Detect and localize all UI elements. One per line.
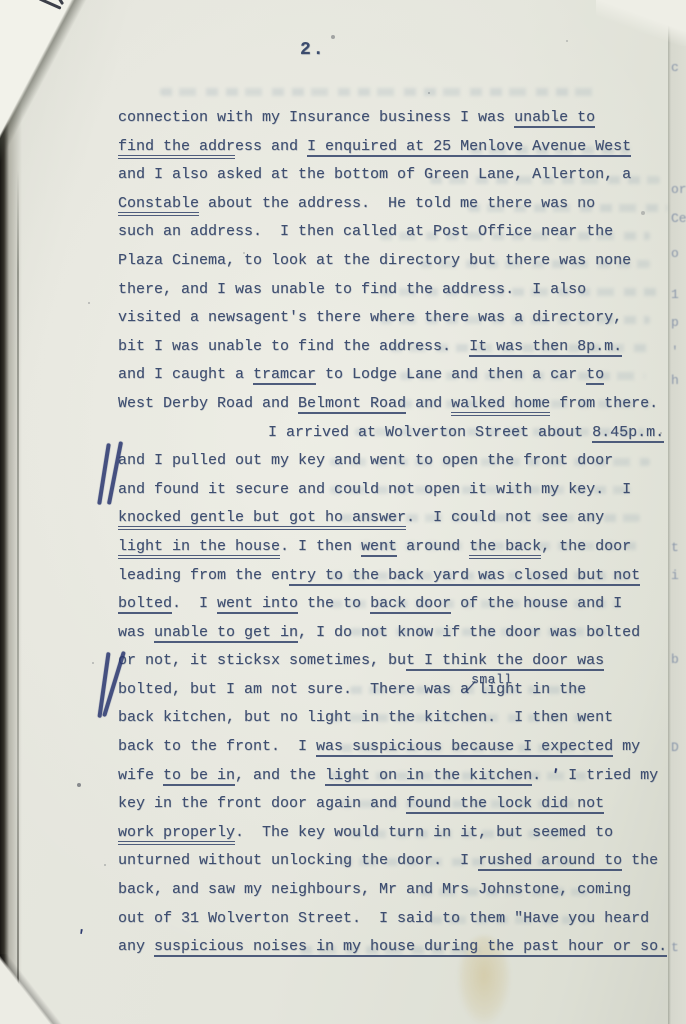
text-line: connection with my Insurance business I … xyxy=(118,104,684,133)
text-line: bolted, but I am not sure. There was a/s… xyxy=(118,676,684,705)
text-line: any suspicious noises in my house during… xyxy=(118,933,684,962)
typed-text: and I caught a xyxy=(118,366,253,383)
typed-text: and I also asked at the bottom of Green … xyxy=(118,166,631,183)
edge-text-fragment: t xyxy=(671,940,679,955)
text-line: back, and saw my neighbours, Mr and Mrs … xyxy=(118,876,684,905)
staple-icon xyxy=(36,0,66,18)
left-crease-line xyxy=(17,170,19,1024)
text-line: and I caught a tramcar to Lodge Lane and… xyxy=(118,361,684,390)
text-line: Plaza Cinema, to look at the directory b… xyxy=(118,247,684,276)
underlined-text: walked home xyxy=(451,395,550,416)
text-line: visited a newsagent's there where there … xyxy=(118,304,684,333)
typed-text: leading from the en xyxy=(118,567,289,584)
typed-text: I arrived at Wolverton Street about xyxy=(268,424,592,441)
underlined-text: back door xyxy=(370,595,451,614)
typed-text: the xyxy=(622,852,658,869)
typed-text: Plaza Cinema, to look at the directory b… xyxy=(118,252,631,269)
typed-text: and I pulled out my key and went to open… xyxy=(118,452,613,469)
typed-text: to Lodge Lane and then a car xyxy=(316,366,586,383)
ghost-text-strip xyxy=(160,88,600,96)
edge-text-fragment: ' xyxy=(671,344,679,359)
typed-text: , and the xyxy=(235,767,325,784)
typed-text: unturned without unlocking the door. I xyxy=(118,852,478,869)
typed-text: wife xyxy=(118,767,163,784)
underlined-text: 8.45p.m. xyxy=(592,424,664,443)
underlined-text: the back xyxy=(469,538,541,559)
typed-text: from there. xyxy=(550,395,658,412)
typed-text: around xyxy=(397,538,469,555)
underlined-text: rushed around to xyxy=(478,852,622,871)
underlined-text: went xyxy=(361,538,397,557)
underlined-text: knocked gentle but got ho answer xyxy=(118,509,406,530)
underlined-text: to xyxy=(586,366,604,385)
text-line: wife to be in, and the light on in the k… xyxy=(118,762,684,791)
edge-text-fragment: p xyxy=(671,315,679,330)
typed-text: , I do not know if the door was bolted xyxy=(298,624,640,641)
underlined-text: unable to xyxy=(514,109,595,128)
typed-text: I tried my xyxy=(559,767,658,784)
typed-text: . I xyxy=(172,595,217,612)
underlined-text: to be in xyxy=(163,767,235,786)
page-number: 2. xyxy=(300,40,326,60)
typed-text: about the address. He told me there was … xyxy=(199,195,595,212)
underlined-text: It was then 8p.m. xyxy=(469,338,622,357)
typed-text: back to the front. I xyxy=(118,738,316,755)
edge-text-fragment: Ce xyxy=(671,211,686,226)
typed-text: such an address. I then called at Post O… xyxy=(118,223,613,240)
underlined-text: work properly xyxy=(118,824,235,845)
underlined-text: Belmont Road xyxy=(298,395,406,414)
typed-text: back, and saw my neighbours, Mr and Mrs … xyxy=(118,881,631,898)
underlined-text: find the addr xyxy=(118,138,235,159)
typed-text: . I could not see any xyxy=(406,509,604,526)
top-right-page-edge xyxy=(596,0,686,46)
statement-text-block: connection with my Insurance business I … xyxy=(118,104,684,962)
text-line: and I pulled out my key and went to open… xyxy=(118,447,684,476)
edge-text-fragment: i xyxy=(671,568,679,583)
edge-text-fragment: o xyxy=(671,246,679,261)
typed-text: or not, it sticksx sometimes, bu xyxy=(118,652,406,669)
text-line: back to the front. I was suspicious beca… xyxy=(118,733,684,762)
underlined-text: I enquired at 25 Menlove Avenue West xyxy=(307,138,631,157)
scanned-document-page: 2. connection with my Insurance business… xyxy=(0,0,686,1024)
text-line: and found it secure and could not open i… xyxy=(118,476,684,505)
text-line: bit I was unable to find the address. It… xyxy=(118,333,684,362)
typed-text: of the house and I xyxy=(451,595,622,612)
edge-text-fragment: or xyxy=(671,182,686,197)
text-line: key in the front door again and found th… xyxy=(118,790,684,819)
typed-text: any xyxy=(118,938,154,955)
typed-text: ess and xyxy=(235,138,307,155)
text-line: out of 31 Wolverton Street. I said to th… xyxy=(118,905,684,934)
underlined-text: unable to get in xyxy=(154,624,298,643)
underlined-text: tramcar xyxy=(253,366,316,385)
text-line: light in the house. I then went around t… xyxy=(118,533,684,562)
margin-double-stroke-mark xyxy=(98,441,132,511)
typed-text: . I then xyxy=(280,538,361,555)
edge-text-fragment: h xyxy=(671,373,679,388)
underlined-text: try to the back yard was closed but not xyxy=(289,567,640,586)
underlined-text: found the lock did not xyxy=(406,795,604,814)
margin-double-stroke-mark xyxy=(96,650,130,720)
typed-text: , the door xyxy=(541,538,631,555)
margin-pen-tick: ' xyxy=(75,927,87,945)
underlined-text: bolted xyxy=(118,595,172,614)
typed-text: and xyxy=(406,395,451,412)
underlined-text: light on in the kitchen xyxy=(325,767,532,786)
typed-text: out of 31 Wolverton Street. I said to th… xyxy=(118,910,649,927)
typed-text: bit I was unable to find the address. xyxy=(118,338,469,355)
typed-text: and found it secure and could not open i… xyxy=(118,481,631,498)
underlined-text: was suspicious because I expected xyxy=(316,738,613,757)
text-line: or not, it sticksx sometimes, but I thin… xyxy=(118,647,684,676)
edge-text-fragment: c xyxy=(671,60,679,75)
underlined-text: Constable xyxy=(118,195,199,216)
typed-text: visited a newsagent's there where there … xyxy=(118,309,622,326)
bottom-left-page-edge xyxy=(0,954,70,1024)
text-line: such an address. I then called at Post O… xyxy=(118,218,684,247)
text-line: find the address and I enquired at 25 Me… xyxy=(118,133,684,162)
typed-text: there, and I was unable to find the addr… xyxy=(118,281,586,298)
underlined-text: went into xyxy=(217,595,298,614)
typed-text: the to xyxy=(298,595,370,612)
text-line: work properly. The key would turn in it,… xyxy=(118,819,684,848)
underlined-text: suspicious noises in my house during the… xyxy=(154,938,667,957)
text-line: Constable about the address. He told me … xyxy=(118,190,684,219)
typed-text: . xyxy=(532,767,550,784)
page-fold-shadow xyxy=(0,0,132,246)
typed-text: bolted, but I am not sure. There was a xyxy=(118,681,469,698)
text-line: there, and I was unable to find the addr… xyxy=(118,276,684,305)
typed-text: . The key would turn in it, but seemed t… xyxy=(235,824,613,841)
text-line: bolted. I went into the to back door of … xyxy=(118,590,684,619)
text-line: unturned without unlocking the door. I r… xyxy=(118,847,684,876)
text-line: leading from the entry to the back yard … xyxy=(118,562,684,591)
underlined-text: light in the house xyxy=(118,538,280,559)
typed-text: connection with my Insurance business I … xyxy=(118,109,514,126)
edge-text-fragment: D xyxy=(671,740,679,755)
edge-text-fragment: b xyxy=(671,652,679,667)
typed-text: back kitchen, but no light in the kitche… xyxy=(118,709,613,726)
edge-text-fragment: 1 xyxy=(671,287,679,302)
text-line: back kitchen, but no light in the kitche… xyxy=(118,704,684,733)
typed-text: West Derby Road and xyxy=(118,395,298,412)
typed-text: my xyxy=(613,738,640,755)
text-line: I arrived at Wolverton Street about 8.45… xyxy=(118,419,684,448)
inserted-word: small xyxy=(471,666,513,695)
edge-text-fragment: t xyxy=(671,540,679,555)
text-line: West Derby Road and Belmont Road and wal… xyxy=(118,390,684,419)
text-line: was unable to get in, I do not know if t… xyxy=(118,619,684,648)
paper-specks xyxy=(0,0,2,2)
typed-text: key in the front door again and xyxy=(118,795,406,812)
text-line: knocked gentle but got ho answer. I coul… xyxy=(118,504,684,533)
text-line: and I also asked at the bottom of Green … xyxy=(118,161,684,190)
typed-text: was xyxy=(118,624,154,641)
